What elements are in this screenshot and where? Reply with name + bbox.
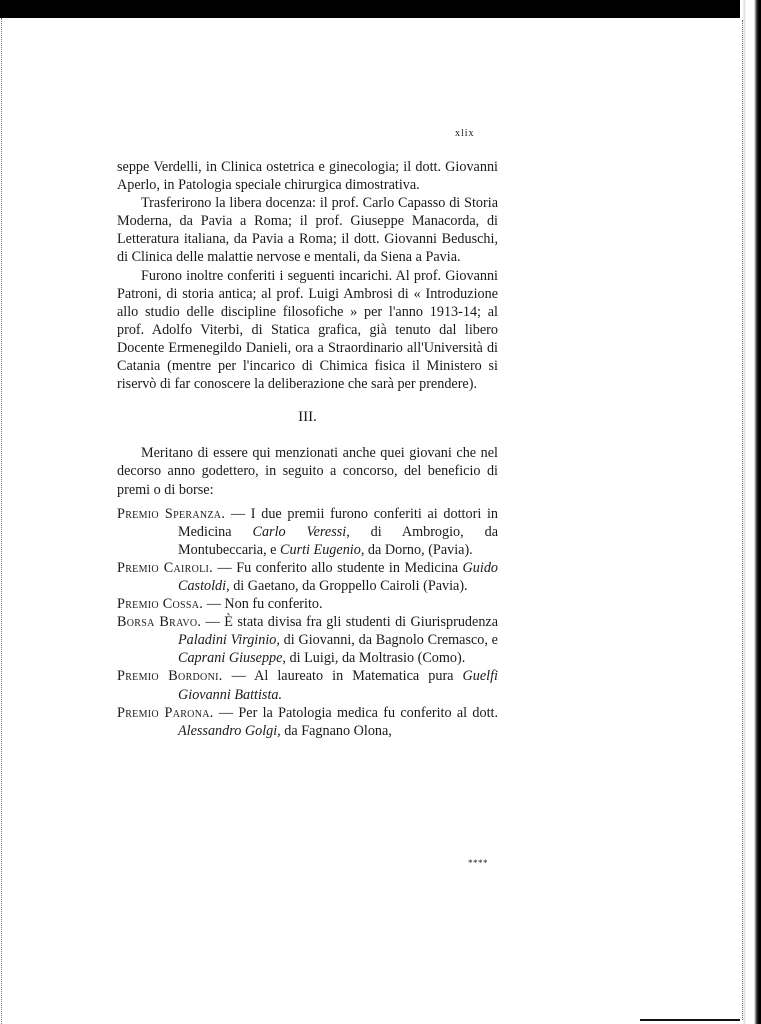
section-intro: Meritano di essere qui menzionati anche … xyxy=(117,444,498,498)
recipient-name: Curti Eugenio, xyxy=(280,542,364,558)
prize-entry: Premio Bordoni. — Al laureato in Matemat… xyxy=(117,667,498,703)
prize-label: Premio Cossa. xyxy=(117,596,203,612)
paragraph-continuation: seppe Verdelli, in Clinica ostetrica e g… xyxy=(117,158,498,194)
prize-label: Premio Speranza. xyxy=(117,506,225,522)
prize-entry: Borsa Bravo. — È stata divisa fra gli st… xyxy=(117,613,498,667)
prize-entry: Premio Cossa. — Non fu conferito. xyxy=(117,595,498,613)
page-number: xlix xyxy=(455,128,475,139)
prize-list: Premio Speranza. — I due premii furono c… xyxy=(117,505,498,740)
prize-entry: Premio Speranza. — I due premii furono c… xyxy=(117,505,498,559)
scan-left-edge xyxy=(1,18,3,1024)
section-heading: III. xyxy=(117,408,498,426)
recipient-name: Alessandro Golgi, xyxy=(178,723,281,739)
page-body: seppe Verdelli, in Clinica ostetrica e g… xyxy=(117,158,498,740)
prize-label: Premio Bordoni. xyxy=(117,668,223,684)
scan-top-border xyxy=(0,0,761,18)
recipient-name: Carlo Veressi, xyxy=(253,524,350,540)
prize-entry: Premio Cairoli. — Fu conferito allo stud… xyxy=(117,559,498,595)
prize-label: Premio Cairoli. xyxy=(117,560,213,576)
scan-bottom-edge xyxy=(640,1019,740,1021)
paragraph-transfers: Trasferirono la libera docenza: il prof.… xyxy=(117,194,498,266)
paragraph-assignments: Furono inoltre conferiti i seguenti inca… xyxy=(117,267,498,394)
prize-entry: Premio Parona. — Per la Patologia medica… xyxy=(117,704,498,740)
recipient-name: Paladini Virginio, xyxy=(178,632,280,648)
signature-mark: **** xyxy=(468,858,488,868)
recipient-name: Caprani Giuseppe, xyxy=(178,650,286,666)
scan-right-gutter xyxy=(740,0,761,1024)
prize-label: Premio Parona. xyxy=(117,705,214,721)
prize-label: Borsa Bravo. xyxy=(117,614,201,630)
